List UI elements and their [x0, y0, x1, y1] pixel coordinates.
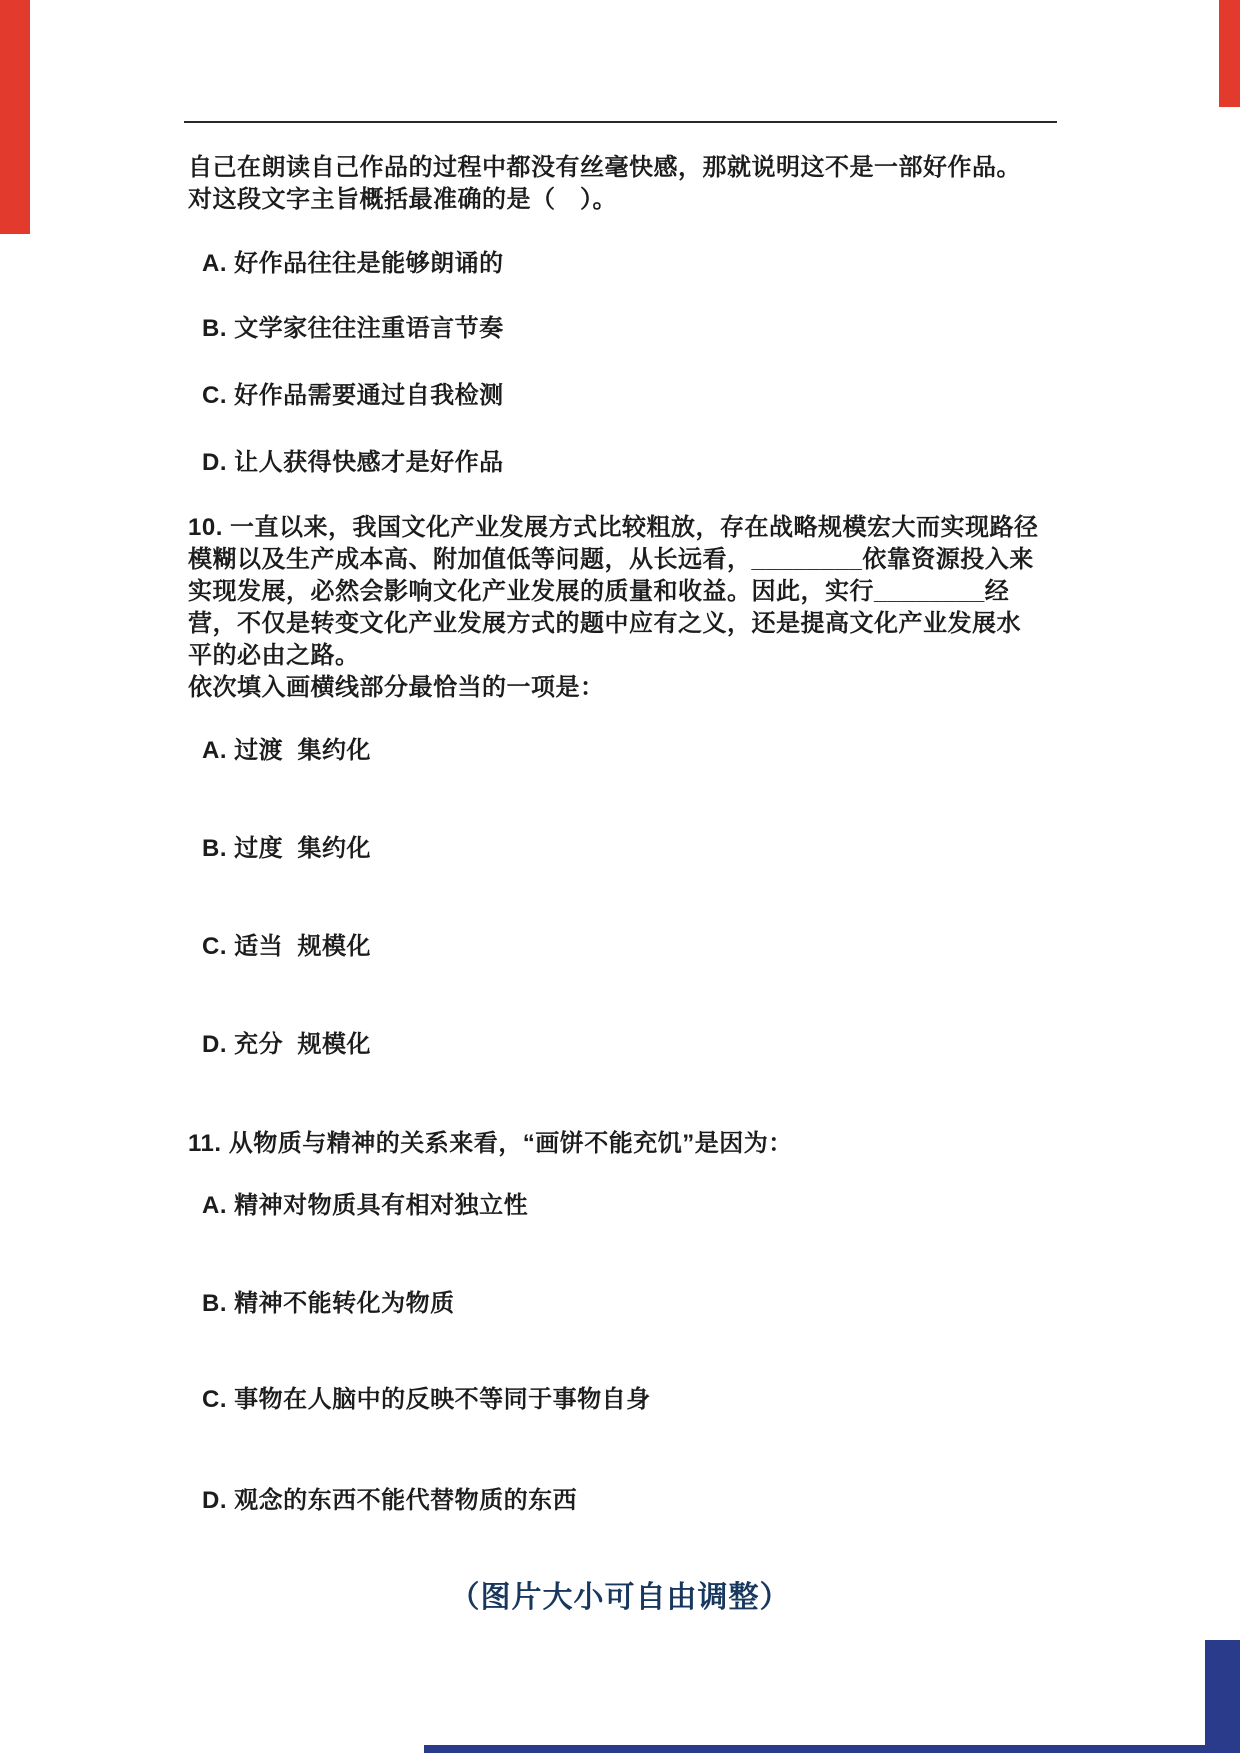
question-9-stem-line-2: 对这段文字主旨概括最准确的是（ ）。: [188, 184, 1068, 216]
question-10-instruction: 依次填入画横线部分最恰当的一项是：: [188, 672, 1068, 704]
q11-option-c: C. 事物在人脑中的反映不等同于事物自身: [202, 1384, 651, 1416]
q9-option-b: B. 文学家往往注重语言节奏: [202, 313, 504, 345]
footer-note: （图片大小可自由调整）: [0, 1578, 1240, 1618]
q11-option-a: A. 精神对物质具有相对独立性: [202, 1190, 528, 1222]
q10-option-c: C. 适当 规模化: [202, 931, 371, 963]
q10-option-b: B. 过度 集约化: [202, 833, 371, 865]
header-divider-rule: [184, 121, 1057, 123]
question-10-stem-line-4: 营，不仅是转变文化产业发展方式的题中应有之义，还是提高文化产业发展水: [188, 608, 1068, 640]
question-10-stem-line-5: 平的必由之路。: [188, 640, 1068, 672]
q9-option-c: C. 好作品需要通过自我检测: [202, 380, 504, 412]
question-11-stem: 11. 从物质与精神的关系来看，“画饼不能充饥”是因为：: [188, 1128, 1068, 1160]
q10-option-d: D. 充分 规模化: [202, 1029, 371, 1061]
edge-artifact-red-left: [0, 0, 30, 234]
question-10-stem-line-1: 10. 一直以来，我国文化产业发展方式比较粗放，存在战略规模宏大而实现路径: [188, 512, 1068, 544]
q10-option-a: A. 过渡 集约化: [202, 735, 371, 767]
q9-option-d: D. 让人获得快感才是好作品: [202, 447, 504, 479]
q11-option-d: D. 观念的东西不能代替物质的东西: [202, 1485, 577, 1517]
edge-artifact-red-right: [1219, 0, 1240, 107]
q9-option-a: A. 好作品往往是能够朗诵的: [202, 248, 504, 280]
question-10-stem-line-3: 实现发展，必然会影响文化产业发展的质量和收益。因此，实行________经: [188, 576, 1068, 608]
q11-option-b: B. 精神不能转化为物质: [202, 1288, 455, 1320]
question-9-stem-line-1: 自己在朗读自己作品的过程中都没有丝毫快感，那就说明这不是一部好作品。: [188, 152, 1068, 184]
question-10-stem-line-2: 模糊以及生产成本高、附加值低等问题，从长远看，________依靠资源投入来: [188, 544, 1068, 576]
edge-artifact-navy-bottom: [424, 1745, 1240, 1753]
edge-artifact-navy-corner: [1205, 1640, 1240, 1753]
exam-document-page: 自己在朗读自己作品的过程中都没有丝毫快感，那就说明这不是一部好作品。 对这段文字…: [0, 0, 1240, 1753]
